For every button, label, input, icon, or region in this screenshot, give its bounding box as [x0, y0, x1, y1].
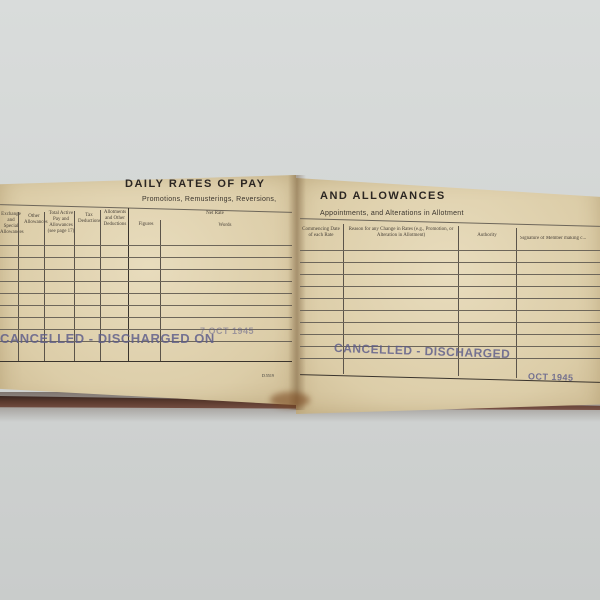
- water-stain: [270, 392, 310, 408]
- row-line: [300, 334, 600, 335]
- row-line: [0, 245, 292, 246]
- row-line: [300, 310, 600, 311]
- row-line: [300, 322, 600, 323]
- col-header-words: Words: [170, 223, 280, 229]
- left-page-title: DAILY RATES OF PAY: [125, 178, 266, 190]
- row-line: [0, 293, 292, 294]
- row-line: [0, 257, 292, 258]
- stamp-date-right: OCT 1945: [528, 371, 574, 383]
- right-page-subtitle: Appointments, and Alterations in Allotme…: [320, 210, 464, 217]
- right-page-title: AND ALLOWANCES: [320, 190, 446, 202]
- col-header-figures: Figures: [132, 222, 160, 228]
- stamp-date-left: 7 OCT 1945: [200, 326, 254, 336]
- col-header-reason: Reason for any Change in Rates (e.g., Pr…: [346, 227, 456, 239]
- col-header-other-allowances: Other Allowances: [24, 214, 44, 226]
- row-line: [300, 298, 600, 299]
- row-line: [0, 281, 292, 282]
- row-line: [0, 305, 292, 306]
- row-line: [300, 286, 600, 287]
- row-line: [0, 269, 292, 270]
- col-header-commencing-date: Commencing Date of each Rate: [300, 227, 342, 239]
- bottom-rule: [0, 361, 292, 362]
- col-header-total-active-pay: Total Active Pay and Allowances (see pag…: [46, 211, 76, 235]
- row-line: [300, 262, 600, 263]
- row-line: [300, 250, 600, 251]
- col-header-allotments: Allotments and Other Deductions: [102, 210, 128, 228]
- row-line: [300, 274, 600, 275]
- cancelled-stamp-left: CANCELLED - DISCHARGED ON: [0, 331, 215, 346]
- col-header-tax-deductions: Tax Deductions: [78, 213, 100, 225]
- form-code: D.5519: [262, 373, 274, 378]
- col-header-signature: Signature of Member making c...: [520, 236, 600, 242]
- row-line: [0, 317, 292, 318]
- left-page-subtitle: Promotions, Remusterings, Reversions,: [142, 196, 276, 203]
- col-header-authority: Authority: [462, 233, 512, 239]
